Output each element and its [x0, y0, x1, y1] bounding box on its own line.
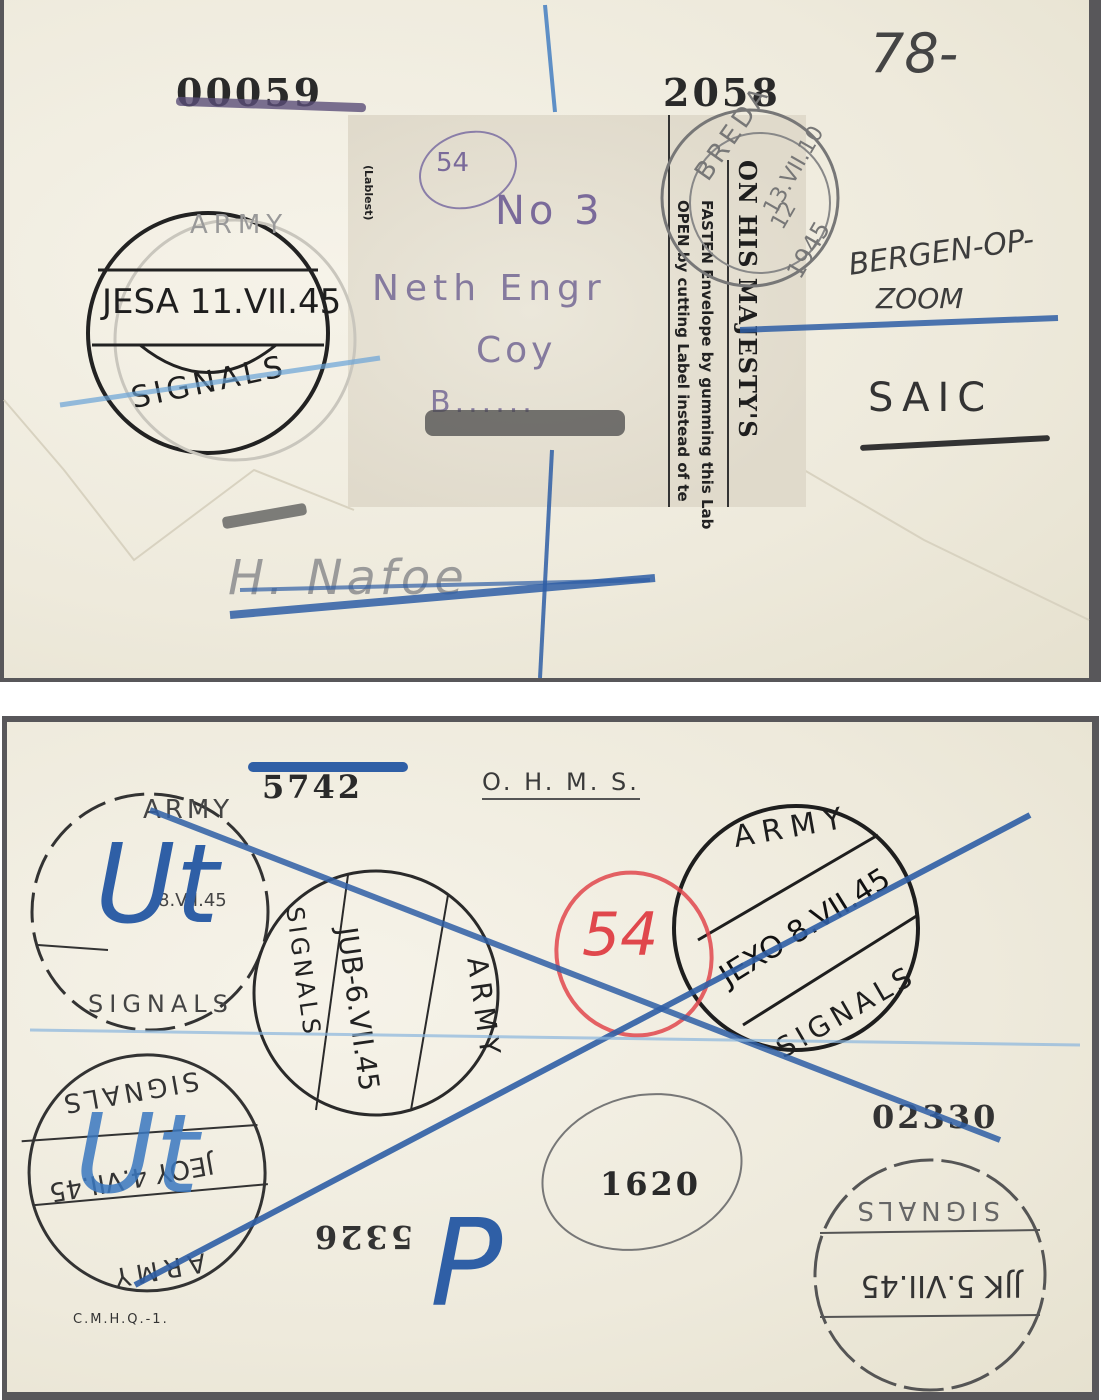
blue-crayon-marks-bottom: [0, 0, 1101, 1400]
